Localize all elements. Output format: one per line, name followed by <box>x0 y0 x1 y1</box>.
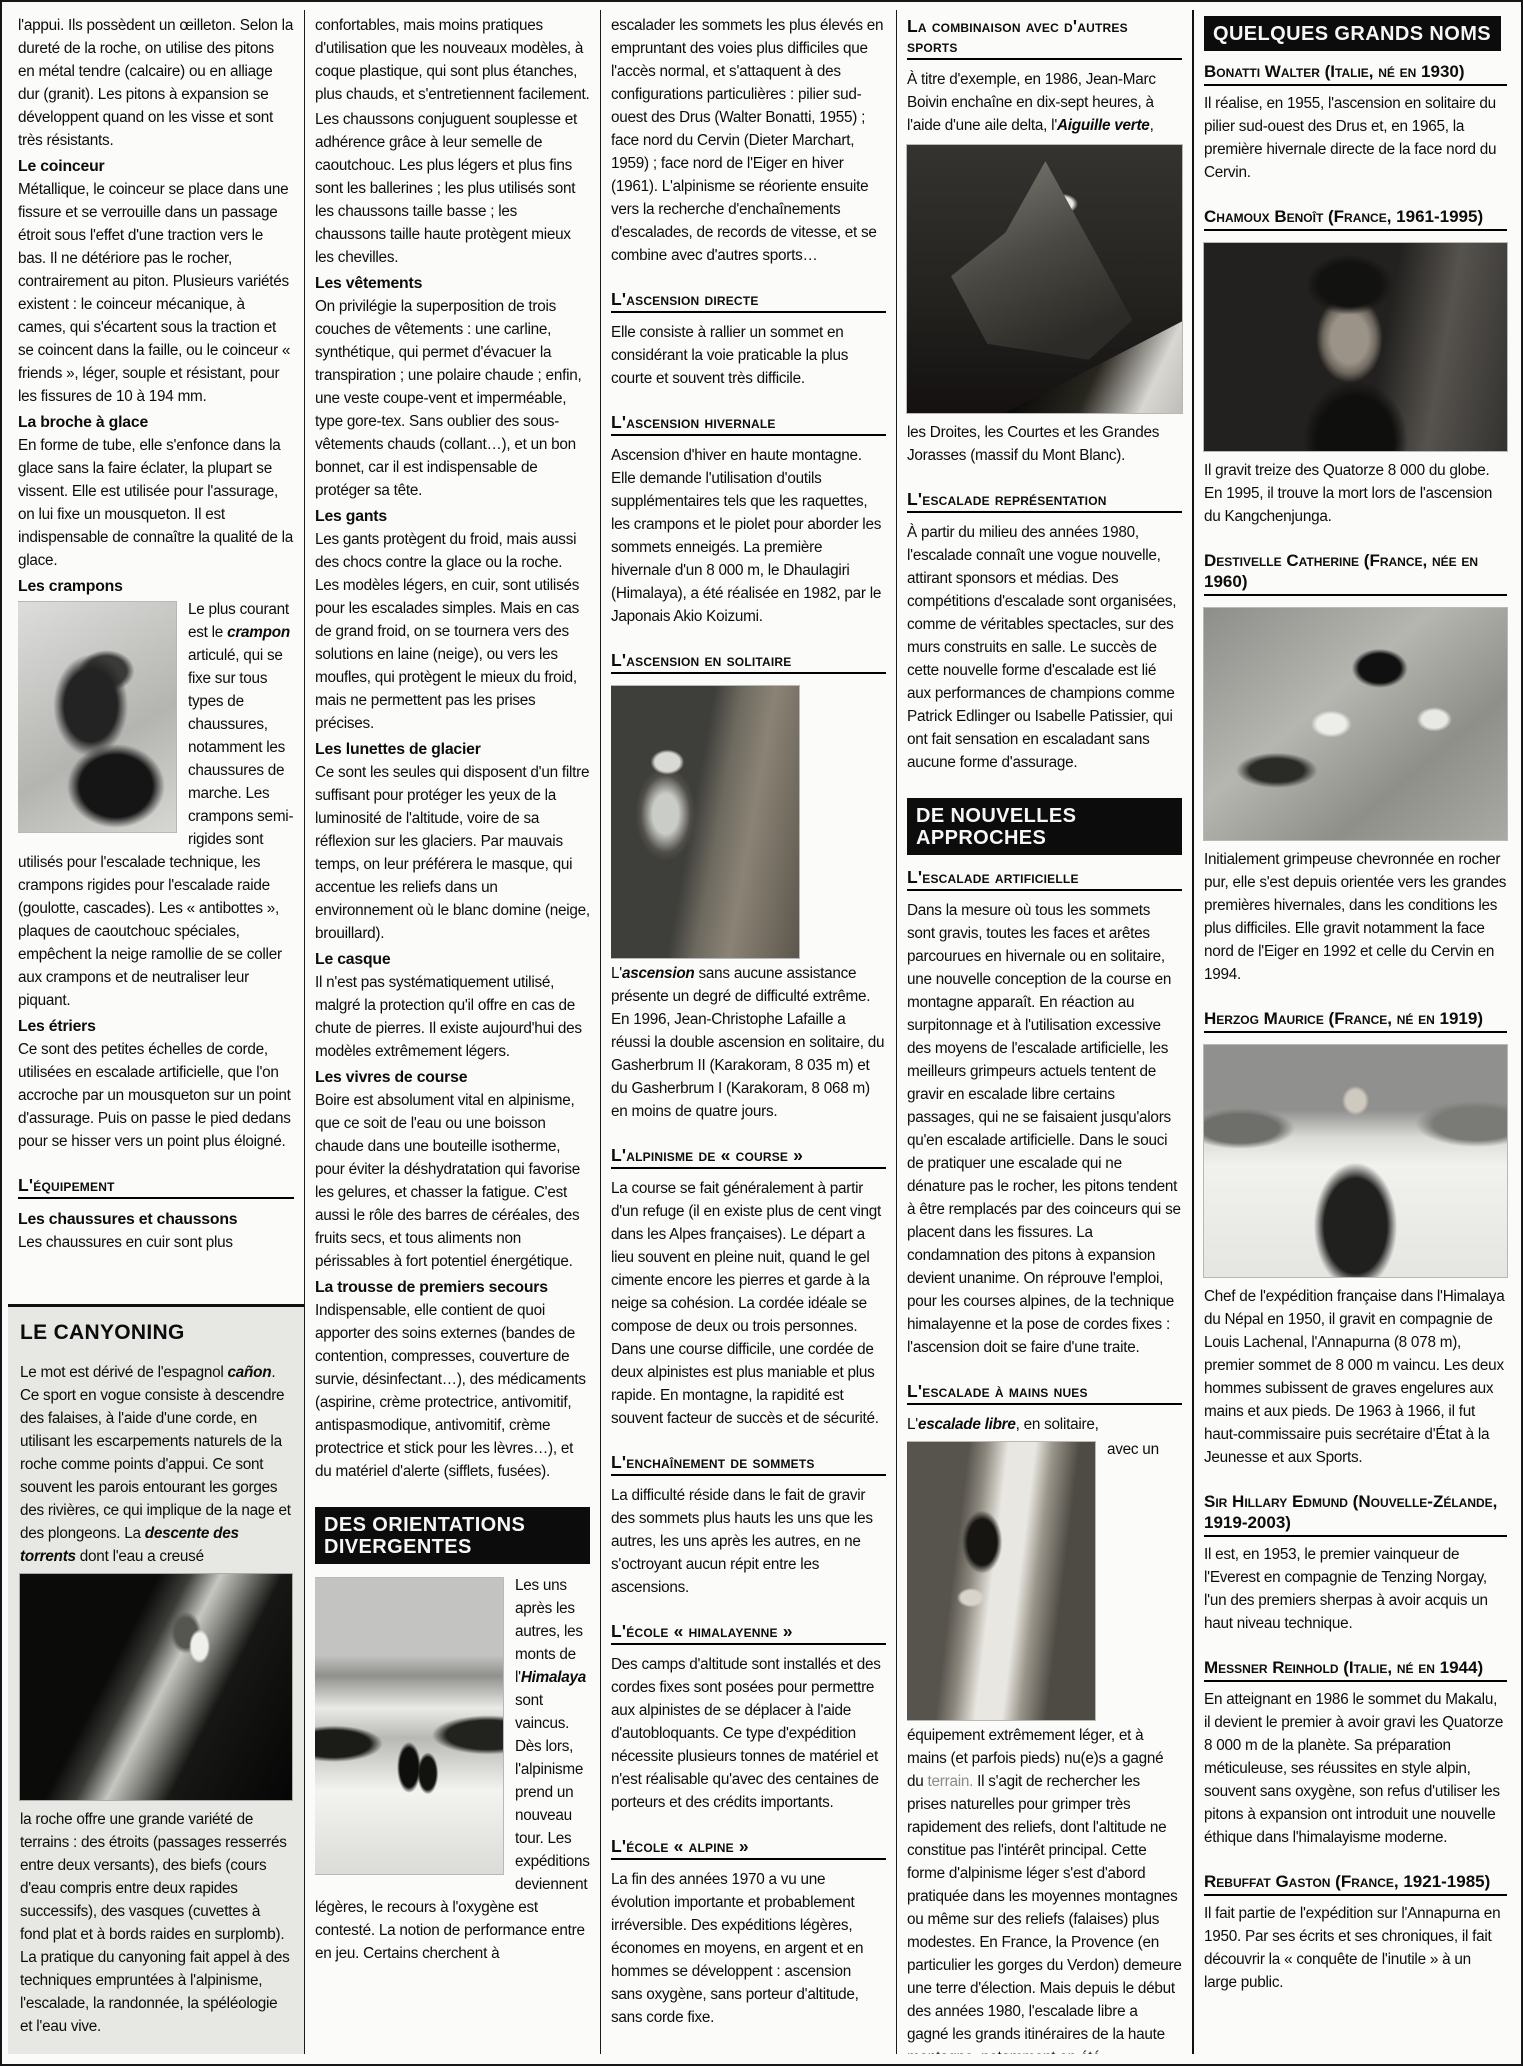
canyoning-title: LE CANYONING <box>20 1321 292 1345</box>
orientations-divergentes-banner: DES ORIENTATIONS DIVERGENTES <box>315 1507 590 1564</box>
bio-messner-heading: Messner Reinhold (Italie, né en 1944) <box>1204 1657 1507 1682</box>
bio-herzog-paragraph: Chef de l'expédition française dans l'Hi… <box>1204 1285 1507 1469</box>
chaussures-heading: Les chaussures et chaussons <box>18 1208 294 1231</box>
gants-heading: Les gants <box>315 505 590 528</box>
crampons-photo <box>18 602 176 832</box>
bio-destivelle-paragraph: Initialement grimpeuse chevronnée en roc… <box>1204 848 1507 986</box>
alpinisme-course-paragraph: La course se fait généralement à partir … <box>611 1177 886 1430</box>
bio-messner-paragraph: En atteignant en 1986 le sommet du Makal… <box>1204 1688 1507 1849</box>
escalade-mains-nues-heading: L'escalade à mains nues <box>907 1381 1182 1405</box>
ecole-alpine-paragraph: La fin des années 1970 a vu une évolutio… <box>611 1868 886 2029</box>
sommets-continuation-paragraph: escalader les sommets les plus élevés en… <box>611 14 886 267</box>
column-5-grands-noms: QUELQUES GRANDS NOMS Bonatti Walter (Ita… <box>1192 10 1517 2054</box>
coinceur-paragraph: Métallique, le coinceur se place dans un… <box>18 178 294 408</box>
bio-destivelle-heading: Destivelle Catherine (France, née en 196… <box>1204 550 1507 596</box>
etriers-heading: Les étriers <box>18 1015 294 1038</box>
equipement-section-heading: L'équipement <box>18 1175 294 1199</box>
casque-paragraph: Il n'est pas systématiquement utilisé, m… <box>315 971 590 1063</box>
etriers-paragraph: Ce sont des petites échelles de corde, u… <box>18 1038 294 1153</box>
vetements-paragraph: On privilégie la superposition de trois … <box>315 295 590 502</box>
casque-heading: Le casque <box>315 948 590 971</box>
himalaya-expedition-photo <box>315 1578 503 1874</box>
enchainement-paragraph: La difficulté réside dans le fait de gra… <box>611 1484 886 1599</box>
column-4: La combinaison avec d'autres sports À ti… <box>896 10 1192 2054</box>
orientations-block: Les uns après les autres, les monts de l… <box>315 1574 590 1967</box>
crampons-heading: Les crampons <box>18 575 294 598</box>
bio-rebuffat-heading: Rebuffat Gaston (France, 1921-1985) <box>1204 1871 1507 1896</box>
bio-chamoux-paragraph: Il gravit treize des Quatorze 8 000 du g… <box>1204 459 1507 528</box>
chaussures-continuation-paragraph: confortables, mais moins pratiques d'uti… <box>315 14 590 106</box>
bio-rebuffat-paragraph: Il fait partie de l'expédition sur l'Ann… <box>1204 1902 1507 1994</box>
column-1: l'appui. Ils possèdent un œilleton. Selo… <box>8 10 304 2054</box>
column-layout: l'appui. Ils possèdent un œilleton. Selo… <box>2 2 1521 2064</box>
lunettes-paragraph: Ce sont les seules qui disposent d'un fi… <box>315 761 590 945</box>
escalade-representation-paragraph: À partir du milieu des années 1980, l'es… <box>907 521 1182 774</box>
aiguille-verte-photo <box>907 145 1182 413</box>
chaussures-paragraph: Les chaussures en cuir sont plus <box>18 1231 294 1254</box>
enchainement-heading: L'enchaînement de sommets <box>611 1452 886 1476</box>
coinceur-heading: Le coinceur <box>18 155 294 178</box>
solitaire-block: L'ascension sans aucune assistance prése… <box>611 682 886 1125</box>
bio-hillary-paragraph: Il est, en 1953, le premier vainqueur de… <box>1204 1543 1507 1635</box>
bio-herzog-heading: Herzog Maurice (France, né en 1919) <box>1204 1008 1507 1033</box>
grands-noms-banner: QUELQUES GRANDS NOMS <box>1204 16 1501 51</box>
escalade-libre-intro: L'escalade libre, en solitaire, <box>907 1413 1182 1436</box>
ascension-directe-heading: L'ascension directe <box>611 289 886 313</box>
trousse-paragraph: Indispensable, elle contient de quoi app… <box>315 1299 590 1483</box>
combinaison-sports-heading: La combinaison avec d'autres sports <box>907 16 1182 60</box>
broche-paragraph: En forme de tube, elle s'enfonce dans la… <box>18 434 294 572</box>
encyclopedia-page: l'appui. Ils possèdent un œilleton. Selo… <box>0 0 1523 2066</box>
ecole-alpine-heading: L'école « alpine » <box>611 1836 886 1860</box>
ecole-himalayenne-paragraph: Des camps d'altitude sont installés et d… <box>611 1653 886 1814</box>
broche-heading: La broche à glace <box>18 411 294 434</box>
canyoning-paragraph-2: la roche offre une grande variété de ter… <box>20 1808 292 2038</box>
herzog-photo <box>1204 1045 1507 1277</box>
solo-climber-photo <box>611 686 799 958</box>
ascension-hivernale-heading: L'ascension hivernale <box>611 412 886 436</box>
free-climbing-photo <box>907 1442 1095 1720</box>
bio-bonatti-heading: Bonatti Walter (Italie, né en 1930) <box>1204 61 1507 86</box>
chaussons-paragraph: Les chaussons conjuguent souplesse et ad… <box>315 108 590 269</box>
escalade-representation-heading: L'escalade représentation <box>907 489 1182 513</box>
aiguille-caption: les Droites, les Courtes et les Grandes … <box>907 421 1182 467</box>
bio-chamoux-heading: Chamoux Benoît (France, 1961-1995) <box>1204 206 1507 231</box>
escalade-artificielle-heading: L'escalade artificielle <box>907 867 1182 891</box>
canyoning-paragraph-1: Le mot est dérivé de l'espagnol cañon. C… <box>20 1361 292 1568</box>
canyoning-photo <box>20 1574 292 1800</box>
nouvelles-approches-banner: DE NOUVELLES APPROCHES <box>907 798 1182 855</box>
vivres-heading: Les vivres de course <box>315 1066 590 1089</box>
column-3: escalader les sommets les plus élevés en… <box>600 10 896 2054</box>
ascension-hivernale-paragraph: Ascension d'hiver en haute montagne. Ell… <box>611 444 886 628</box>
lunettes-heading: Les lunettes de glacier <box>315 738 590 761</box>
crampons-block: Le plus courant est le crampon articulé,… <box>18 598 294 1014</box>
alpinisme-course-heading: L'alpinisme de « course » <box>611 1145 886 1169</box>
destivelle-photo <box>1204 608 1507 840</box>
column-2: confortables, mais moins pratiques d'uti… <box>304 10 600 2054</box>
vetements-heading: Les vêtements <box>315 272 590 295</box>
chamoux-portrait-photo <box>1204 243 1507 451</box>
ecole-himalayenne-heading: L'école « himalayenne » <box>611 1621 886 1645</box>
ascension-solitaire-heading: L'ascension en solitaire <box>611 650 886 674</box>
escalade-artificielle-paragraph: Dans la mesure où tous les sommets sont … <box>907 899 1182 1359</box>
gants-paragraph: Les gants protègent du froid, mais aussi… <box>315 528 590 735</box>
bio-hillary-heading: Sir Hillary Edmund (Nouvelle-Zélande, 19… <box>1204 1491 1507 1537</box>
ascension-directe-paragraph: Elle consiste à rallier un sommet en con… <box>611 321 886 390</box>
canyoning-sidebar: LE CANYONING Le mot est dérivé de l'espa… <box>8 1304 304 2054</box>
combinaison-paragraph: À titre d'exemple, en 1986, Jean-Marc Bo… <box>907 68 1182 137</box>
trousse-heading: La trousse de premiers secours <box>315 1276 590 1299</box>
escalade-libre-block: avec un équipement extrêmement léger, et… <box>907 1438 1182 2054</box>
pitons-paragraph: l'appui. Ils possèdent un œilleton. Selo… <box>18 14 294 152</box>
vivres-paragraph: Boire est absolument vital en alpinisme,… <box>315 1089 590 1273</box>
bio-bonatti-paragraph: Il réalise, en 1955, l'ascension en soli… <box>1204 92 1507 184</box>
